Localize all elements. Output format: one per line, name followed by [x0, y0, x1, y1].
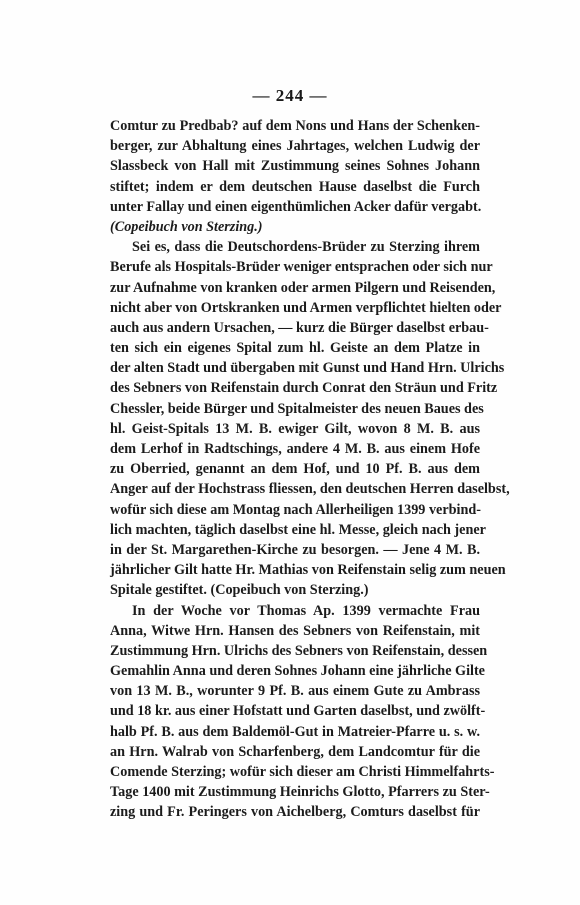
text-line: des Sebners von Reifenstain durch Conrat… — [110, 378, 480, 398]
body-text: Comtur zu Predbab? auf dem Nons und Hans… — [110, 116, 480, 823]
text-line: Tage 1400 mit Zustimmung Heinrichs Glott… — [110, 782, 480, 802]
text-line: nicht aber von Ortskranken und Armen ver… — [110, 298, 480, 318]
text-line: wofür sich diese am Montag nach Allerhei… — [110, 500, 480, 520]
text-line: stiftet; indem er dem deutschen Hause da… — [110, 177, 480, 197]
text-line: Anna, Witwe Hrn. Hansen des Sebners von … — [110, 621, 480, 641]
text-line: von 13 M. B., worunter 9 Pf. B. aus eine… — [110, 681, 480, 701]
text-line: zu Oberried, genannt an dem Hof, und 10 … — [110, 459, 480, 479]
text-line: Spitale gestiftet. (Copeibuch von Sterzi… — [110, 580, 480, 600]
text-line: dem Lerhof in Radtschings, andere 4 M. B… — [110, 439, 480, 459]
text-line: ten sich ein eigenes Spital zum hl. Geis… — [110, 338, 480, 358]
text-line: zur Aufnahme von kranken oder armen Pilg… — [110, 278, 480, 298]
text-line: Comende Sterzing; wofür sich dieser am C… — [110, 762, 480, 782]
text-line: Gemahlin Anna und deren Sohnes Johann ei… — [110, 661, 480, 681]
text-line: Comtur zu Predbab? auf dem Nons und Hans… — [110, 116, 480, 136]
book-page: — 244 — Comtur zu Predbab? auf dem Nons … — [0, 0, 580, 905]
text-line: Sei es, dass die Deutschordens-Brüder zu… — [110, 237, 480, 257]
text-line: (Copeibuch von Sterzing.) — [110, 217, 480, 237]
text-line: lich machten, täglich daselbst eine hl. … — [110, 520, 480, 540]
text-line: unter Fallay und einen eigenthümlichen A… — [110, 197, 480, 217]
text-line: Slassbeck von Hall mit Zustimmung seines… — [110, 156, 480, 176]
text-line: in der St. Margarethen-Kirche zu besorge… — [110, 540, 480, 560]
text-line: an Hrn. Walrab von Scharfenberg, dem Lan… — [110, 742, 480, 762]
text-line: Zustimmung Hrn. Ulrichs des Sebners von … — [110, 641, 480, 661]
text-line: zing und Fr. Peringers von Aichelberg, C… — [110, 802, 480, 822]
text-line: Berufe als Hospitals-Brüder weniger ents… — [110, 257, 480, 277]
page-number: — 244 — — [0, 86, 580, 106]
text-line: Chessler, beide Bürger und Spitalmeister… — [110, 399, 480, 419]
text-line: In der Woche vor Thomas Ap. 1399 vermach… — [110, 601, 480, 621]
text-line: Anger auf der Hochstrass fliessen, den d… — [110, 479, 480, 499]
text-line: hl. Geist-Spitals 13 M. B. ewiger Gilt, … — [110, 419, 480, 439]
text-line: der alten Stadt und übergaben mit Gunst … — [110, 358, 480, 378]
text-line: berger, zur Abhaltung eines Jahrtages, w… — [110, 136, 480, 156]
text-line: jährlicher Gilt hatte Hr. Mathias von Re… — [110, 560, 480, 580]
text-line: und 18 kr. aus einer Hofstatt und Garten… — [110, 701, 480, 721]
text-line: auch aus andern Ursachen, — kurz die Bür… — [110, 318, 480, 338]
text-line: halb Pf. B. aus dem Baldemöl-Gut in Matr… — [110, 722, 480, 742]
